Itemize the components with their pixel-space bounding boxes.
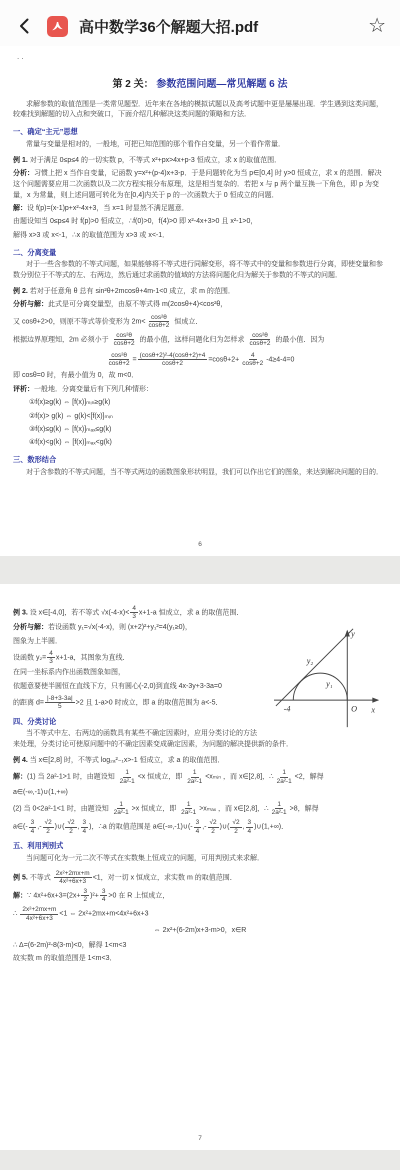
doc-line: 根据边界原理知，2m 必须小于 cos²θcosθ+2 的最小值，这样问题化归为… bbox=[13, 332, 387, 348]
fraction: cos²θcosθ+2 bbox=[247, 332, 272, 348]
fraction: 2x²+2mx+m4x²+6x+3 bbox=[20, 906, 58, 922]
line-prefix: 例 5. bbox=[13, 874, 28, 881]
favorite-star-icon[interactable]: ☆ bbox=[368, 16, 386, 36]
back-chevron-icon bbox=[16, 17, 34, 35]
doc-line: 对于含参数的不等式问题，当不等式两边的函数图象形状明显，我们可以作出它们的图象，… bbox=[13, 468, 387, 479]
adobe-pdf-mark-icon bbox=[50, 19, 65, 34]
fraction: 43 bbox=[47, 650, 55, 666]
doc-line: 对于一些含参数的不等式问题，如果能够将不等式进行同解变形，将不等式中的变量和参数… bbox=[13, 260, 387, 282]
page-gap bbox=[0, 556, 400, 584]
doc-line: a∈(-34,-√22)∪(√22,34)，∴a 的取值范围是 a∈(-∞,-1… bbox=[13, 819, 387, 835]
document-title: 高中数学36个解题大招.pdf bbox=[79, 16, 357, 37]
doc-line: 解：(1) 当 2a²-1>1 时，由题设知 12a²-1<x 恒成立，即 12… bbox=[13, 769, 387, 785]
doc-line: 例 2. 若对于任意角 θ 总有 sin²θ+2mcosθ+4m-1<0 成立，… bbox=[13, 287, 387, 298]
doc-line: 又 cosθ+2>0，则原不等式等价变形为 2m<cos²θcosθ+2 恒成立… bbox=[13, 314, 387, 330]
pdf-file-icon bbox=[47, 16, 68, 37]
pdf-page: 例 3. 设 x∈[-4,0]，若不等式 √x(-4-x)<43x+1-a 恒成… bbox=[0, 584, 400, 1150]
fraction: 12a²-1 bbox=[185, 769, 204, 785]
figure-label-origin: O bbox=[351, 705, 357, 714]
line-prefix: 分析： bbox=[13, 170, 34, 177]
fraction: cos²θcosθ+2 bbox=[112, 332, 137, 348]
document-scroll-area[interactable]: .. 第 2 关： 参数范围问题—常见解题 6 法求解参数的取值范围是一类常见题… bbox=[0, 46, 400, 1150]
doc-line: 解得 x>3 或 x<-1，∴x 的取值范围为 x>3 或 x<-1． bbox=[13, 231, 387, 242]
fraction: 34 bbox=[100, 888, 108, 904]
doc-line: 由题设知当 0≤p≤4 时 f(p)>0 恒成立，∴f(0)>0，f(4)>0 … bbox=[13, 217, 387, 228]
doc-line: 解：∵ 4x²+6x+3=(2x+32)²+34>0 在 R 上恒成立， bbox=[13, 888, 387, 904]
fraction: 34 bbox=[194, 819, 202, 835]
section-heading: 五、利用判别式 bbox=[13, 840, 387, 851]
doc-line: (2) 当 0<2a²-1<1 时，由题设知 12a²-1>x 恒成立，即 12… bbox=[13, 801, 387, 817]
doc-line: 例 1. 对于满足 0≤p≤4 的一切实数 p，不等式 x²+px>4x+p-3… bbox=[13, 156, 387, 167]
figure-label-y: y bbox=[350, 630, 355, 639]
fraction: |-8+3-3a|5 bbox=[45, 695, 75, 711]
display-formula: ⇔ 2x²+(6-2m)x+3-m>0，x∈R bbox=[13, 926, 387, 937]
fraction: 2x²+2mx+m4x²+6x+3 bbox=[54, 870, 92, 886]
figure-label-tick: -4 bbox=[284, 705, 291, 714]
doc-line: 解：设 f(p)=(x-1)p+x²-4x+3，当 x=1 时显然不满足题意． bbox=[13, 204, 387, 215]
fraction: √22 bbox=[65, 819, 76, 835]
page-content: 第 2 关： 参数范围问题—常见解题 6 法求解参数的取值范围是一类常见题型．近… bbox=[13, 65, 387, 481]
fraction: 34 bbox=[81, 819, 89, 835]
fraction: 12a²-1 bbox=[275, 769, 294, 785]
fraction: √22 bbox=[230, 819, 241, 835]
doc-line: 例 4. 当 x∈[2,8] 时，不等式 log₂ₐ²₋₁x>-1 恒成立，求 … bbox=[13, 756, 387, 767]
doc-line: 故实数 m 的取值范围是 1<m<3． bbox=[13, 954, 387, 965]
line-prefix: 例 3. bbox=[13, 610, 28, 617]
fraction: 32 bbox=[81, 888, 89, 904]
doc-line: ③f(x)≤g(k) ⇔ [f(x)]ₘₐₓ≤g(k) bbox=[13, 425, 387, 436]
section-heading: 三、数形结合 bbox=[13, 454, 387, 465]
fraction: √22 bbox=[43, 819, 54, 835]
stray-marks: .. bbox=[17, 52, 387, 61]
fraction: 12a²-1 bbox=[179, 801, 198, 817]
fraction: 34 bbox=[246, 819, 254, 835]
chapter-title: 第 2 关： 参数范围问题—常见解题 6 法 bbox=[13, 77, 387, 93]
line-prefix: 第 2 关： bbox=[112, 79, 153, 90]
line-prefix: 解： bbox=[13, 774, 27, 781]
doc-line: ∴ Δ=(6-2m)²-8(3-m)<0，解得 1<m<3 bbox=[13, 941, 387, 952]
line-prefix: 例 2. bbox=[13, 288, 28, 295]
section-heading: 一、确定“主元”思想 bbox=[13, 126, 387, 137]
doc-line: 当不等式中左、右两边的函数具有某些不确定因素时，应用分类讨论的方法来处理，分类讨… bbox=[13, 729, 387, 751]
display-formula: cos²θcosθ+2=(cosθ+2)²-4(cosθ+2)+4cosθ+2=… bbox=[13, 352, 387, 368]
fraction: 12a²-1 bbox=[270, 801, 289, 817]
page-number: 7 bbox=[13, 1135, 387, 1144]
line-prefix: 例 4. bbox=[13, 757, 28, 764]
fraction: (cosθ+2)²-4(cosθ+2)+4cosθ+2 bbox=[138, 352, 208, 368]
fraction: 4cosθ+2 bbox=[240, 352, 265, 368]
section-heading: 二、分离变量 bbox=[13, 247, 387, 258]
fraction: 12a²-1 bbox=[118, 769, 137, 785]
pdf-viewer-screen: 高中数学36个解题大招.pdf ☆ .. 第 2 关： 参数范围问题—常见解题 … bbox=[0, 0, 400, 1170]
doc-line: 分析：习惯上把 x 当作自变量，记函数 y=x²+(p-4)x+3-p．于是问题… bbox=[13, 169, 387, 202]
chapter-title-text: 参数范围问题—常见解题 6 法 bbox=[154, 79, 288, 90]
doc-line: ①f(x)≥g(k) ⇔ [f(x)]ₘᵢₙ≥g(k) bbox=[13, 398, 387, 409]
fraction: 12a²-1 bbox=[112, 801, 131, 817]
fraction: 43 bbox=[130, 605, 138, 621]
pdf-page: .. 第 2 关： 参数范围问题—常见解题 6 法求解参数的取值范围是一类常见题… bbox=[0, 46, 400, 556]
doc-line: 即 cosθ=0 时，有最小值为 0，故 m<0． bbox=[13, 371, 387, 382]
doc-line: 当问题可化为一元二次不等式在实数集上恒成立的问题，可用判别式来求解． bbox=[13, 854, 387, 865]
fraction: cos²θcosθ+2 bbox=[107, 352, 132, 368]
figure-label-curve: y₁ bbox=[325, 680, 333, 689]
back-button[interactable] bbox=[14, 15, 36, 37]
function-graph-figure: yxO-4y₂y₁ bbox=[269, 623, 387, 731]
fraction: 34 bbox=[29, 819, 37, 835]
doc-line: 求解参数的取值范围是一类常见题型．近年来在各地的模拟试题以及高考试题中更是屡屡出… bbox=[13, 100, 387, 122]
fraction: √22 bbox=[208, 819, 219, 835]
doc-line: 评析：一般地．分离变量后有下列几种情形： bbox=[13, 385, 387, 396]
doc-line: 例 5. 不等式 2x²+2mx+m4x²+6x+3<1，对一切 x 恒成立，求… bbox=[13, 870, 387, 886]
page-content: 例 3. 设 x∈[-4,0]，若不等式 √x(-4-x)<43x+1-a 恒成… bbox=[13, 600, 387, 967]
line-prefix: 解： bbox=[13, 205, 27, 212]
figure-label-line: y₂ bbox=[306, 657, 314, 666]
page-number: 6 bbox=[13, 541, 387, 550]
line-prefix: 分析与解： bbox=[13, 624, 48, 631]
fraction: cos²θcosθ+2 bbox=[146, 314, 171, 330]
line-prefix: 例 1. bbox=[13, 157, 28, 164]
doc-line: 分析与解：此式是可分离变量型，由原不等式得 m(2cosθ+4)<cos²θ， bbox=[13, 300, 387, 311]
line-prefix: 解： bbox=[13, 893, 27, 900]
app-header: 高中数学36个解题大招.pdf ☆ bbox=[0, 0, 400, 46]
doc-line: 例 3. 设 x∈[-4,0]，若不等式 √x(-4-x)<43x+1-a 恒成… bbox=[13, 605, 387, 621]
line-prefix: 评析： bbox=[13, 386, 34, 393]
doc-line: a∈(-∞,-1)∪(1,+∞) bbox=[13, 788, 387, 799]
doc-line: 常量与变量是相对的，一般地，可把已知范围的那个看作自变量，另一个看作常量． bbox=[13, 140, 387, 151]
doc-line: ④f(x)<g(k) ⇔ [f(x)]ₘₐₓ<g(k) bbox=[13, 438, 387, 449]
doc-line: ∴ 2x²+2mx+m4x²+6x+3<1 ⇔ 2x²+2mx+m<4x²+6x… bbox=[13, 906, 387, 922]
line-prefix: 分析与解： bbox=[13, 301, 48, 308]
figure-label-x: x bbox=[370, 706, 375, 715]
doc-line: ②f(x)> g(k) ⇔ g(k)<[f(x)]ₘᵢₙ bbox=[13, 412, 387, 423]
